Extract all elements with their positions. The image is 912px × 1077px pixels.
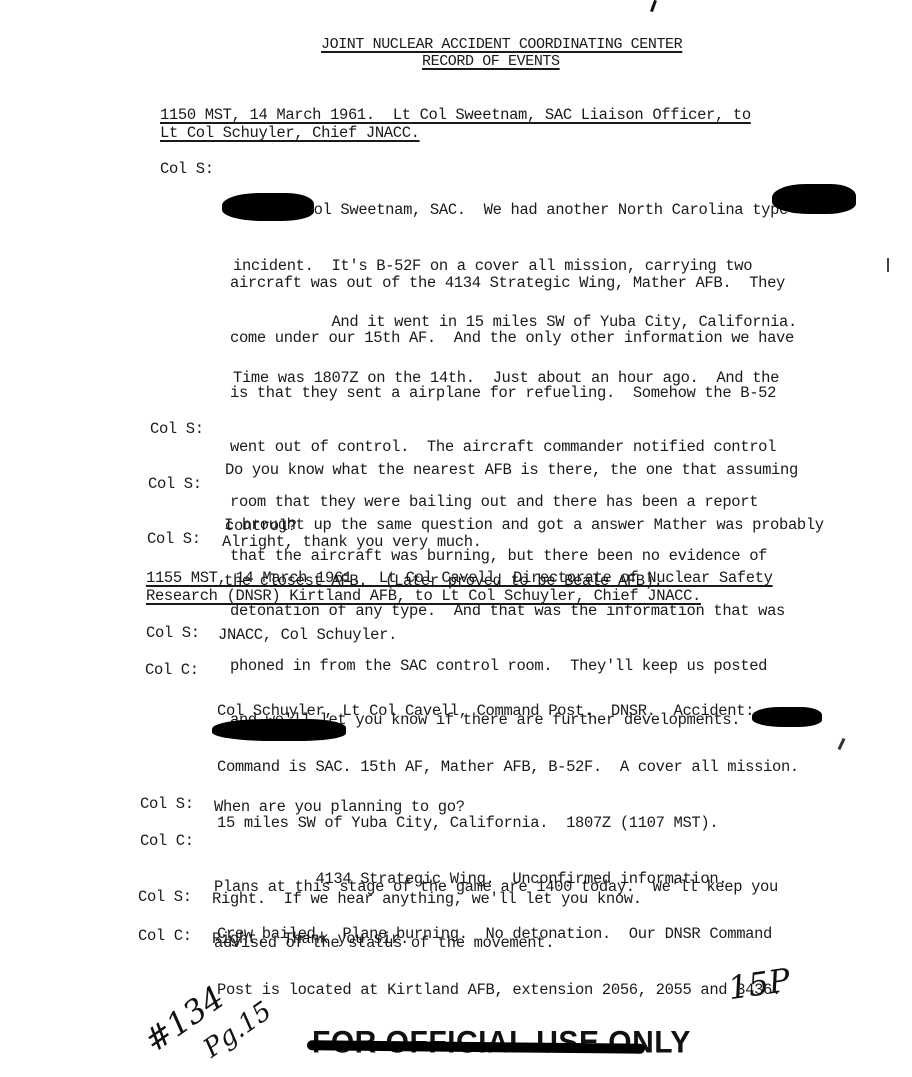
- redaction-block: [752, 707, 822, 727]
- entry-text: JNACC, Col Schuyler.: [218, 626, 397, 645]
- entry-text: Plans at this stage of the game are 1400…: [214, 841, 778, 989]
- entry-text: When are you planning to go?: [214, 798, 465, 817]
- section-2-heading-line-1: 1155 MST, 14 March 1961. Lt Col Cavell, …: [146, 569, 773, 588]
- margin-mark: [887, 258, 889, 272]
- speaker-label: Col S:: [150, 420, 204, 439]
- speaker-label: Col S:: [147, 530, 201, 549]
- speaker-label: Col C:: [140, 832, 194, 851]
- section-1-heading-line-2: Lt Col Schuyler, Chief JNACC.: [160, 124, 420, 143]
- speaker-label: Col S:: [148, 475, 202, 494]
- pen-mark: [650, 0, 657, 12]
- speaker-label: Col S:: [138, 888, 192, 907]
- document-title: JOINT NUCLEAR ACCIDENT COORDINATING CENT…: [321, 36, 682, 53]
- entry-text: Right. If we hear anything, we'll let yo…: [212, 890, 642, 909]
- redaction-block: [212, 719, 346, 741]
- entry-text: Right. Thank you sir.: [212, 930, 409, 949]
- speaker-label: Col S:: [140, 795, 194, 814]
- speaker-label: Col C:: [138, 927, 192, 946]
- entry-text: Alright, thank you very much.: [222, 533, 482, 552]
- section-2-heading-line-2: Research (DNSR) Kirtland AFB, to Lt Col …: [146, 587, 701, 606]
- speaker-label: Col S:: [160, 160, 214, 179]
- speaker-label: Col S:: [146, 624, 200, 643]
- section-1-heading-line-1: 1150 MST, 14 March 1961. Lt Col Sweetnam…: [160, 106, 751, 125]
- document-subtitle: RECORD OF EVENTS: [422, 53, 560, 70]
- speaker-label: Col C:: [145, 661, 199, 680]
- margin-mark: [838, 738, 846, 750]
- redaction-block: [772, 184, 856, 214]
- redaction-block: [222, 193, 314, 221]
